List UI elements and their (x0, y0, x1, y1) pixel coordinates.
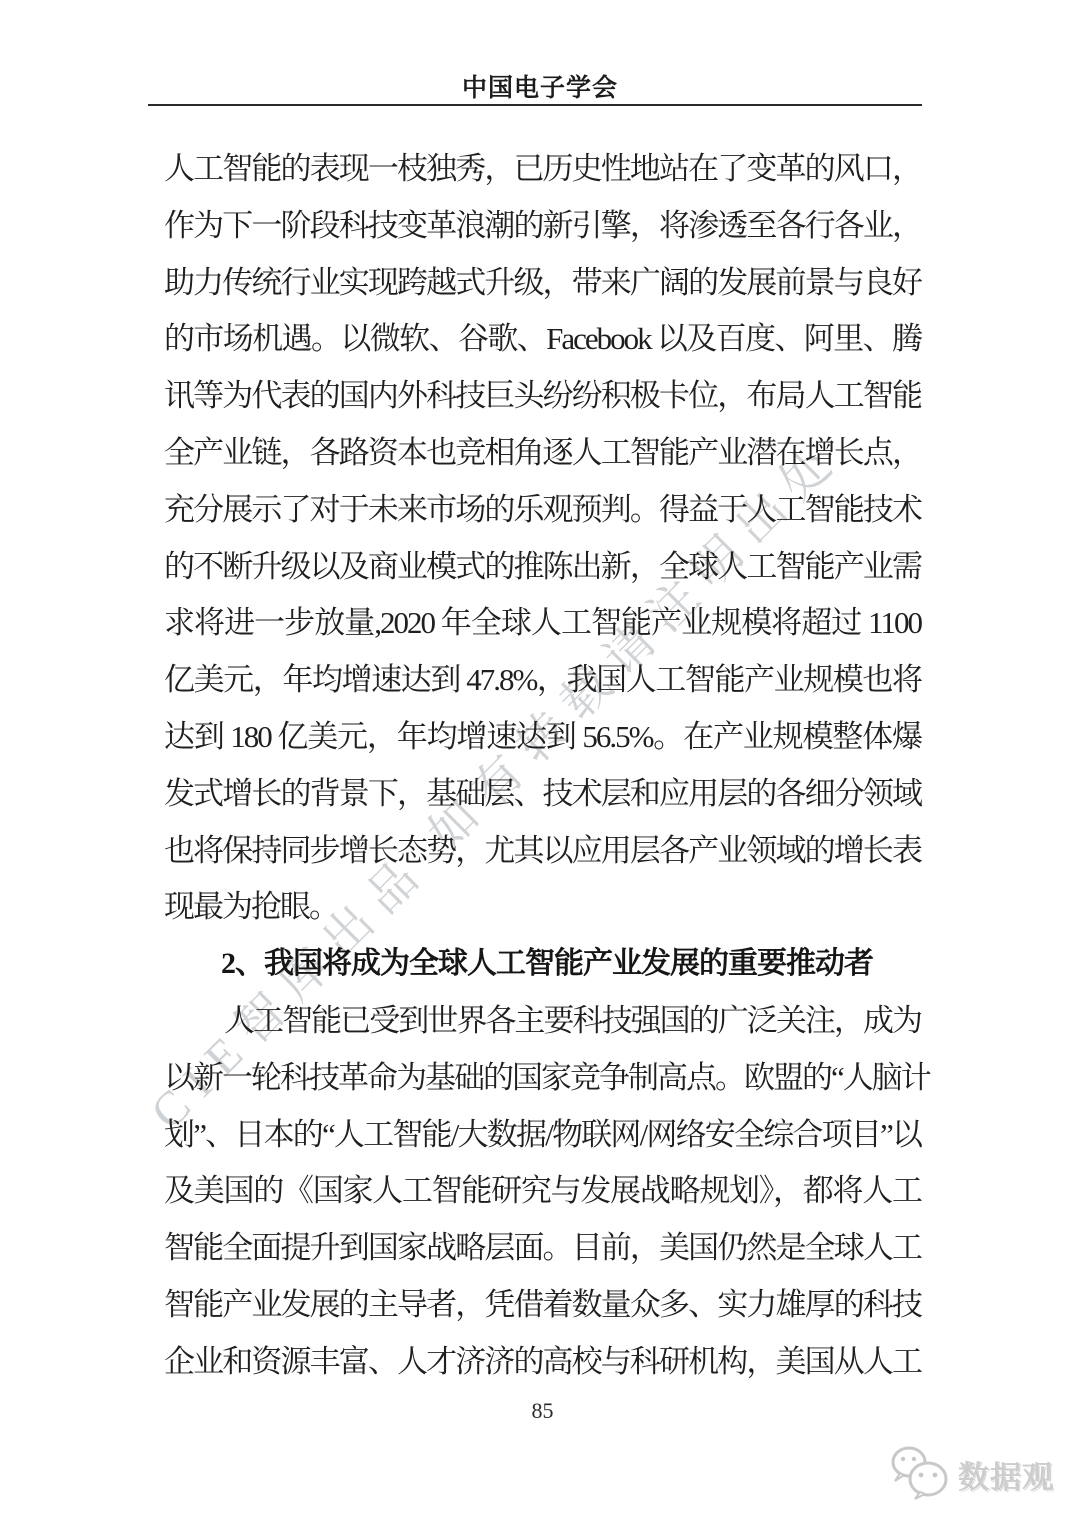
text-line: 现最为抢眼。 (164, 879, 921, 936)
page-header-title: 中国电子学会 (0, 68, 1080, 104)
text-line: 划”、日本的“人工智能/大数据/物联网/网络安全综合项目”以 (164, 1107, 921, 1164)
brand-name: 数据观 (958, 1452, 1054, 1497)
text-line: 达到 180 亿美元，年均增速达到 56.5%。在产业规模整体爆 (164, 709, 921, 766)
text-line: 以新一轮科技革命为基础的国家竞争制高点。欧盟的“人脑计 (164, 1050, 921, 1107)
paragraph-2: 人工智能已受到世界各主要科技强国的广泛关注，成为以新一轮科技革命为基础的国家竞争… (164, 993, 921, 1391)
text-line: 人工智能的表现一枝独秀，已历史性地站在了变革的风口， (164, 141, 921, 198)
chat-bubbles-icon (888, 1443, 952, 1506)
paragraph-1: 人工智能的表现一枝独秀，已历史性地站在了变革的风口，作为下一阶段科技变革浪潮的新… (164, 141, 921, 936)
text-line: 发式增长的背景下，基础层、技术层和应用层的各细分领域 (164, 766, 921, 823)
text-line: 求将进一步放量,2020 年全球人工智能产业规模将超过 1100 (164, 595, 921, 652)
text-line: 全产业链，各路资本也竞相角逐人工智能产业潜在增长点， (164, 425, 921, 482)
text-line: 讯等为代表的国内外科技巨头纷纷积极卡位，布局人工智能 (164, 368, 921, 425)
text-line: 也将保持同步增长态势，尤其以应用层各产业领域的增长表 (164, 823, 921, 880)
text-line: 充分展示了对于未来市场的乐观预判。得益于人工智能技术 (164, 482, 921, 539)
document-body: 人工智能的表现一枝独秀，已历史性地站在了变革的风口，作为下一阶段科技变革浪潮的新… (164, 141, 921, 1391)
text-line: 的不断升级以及商业模式的推陈出新，全球人工智能产业需 (164, 539, 921, 596)
brand-watermark: 数据观 (888, 1443, 1054, 1506)
section-heading: 2、我国将成为全球人工智能产业发展的重要推动者 (164, 936, 921, 993)
text-line: 的市场机遇。以微软、谷歌、Facebook 以及百度、阿里、腾 (164, 311, 921, 368)
text-line: 亿美元，年均增速达到 47.8%，我国人工智能产业规模也将 (164, 652, 921, 709)
document-page: 中国电子学会 CIE智库出品 如有转载请注明出处 人工智能的表现一枝独秀，已历史… (0, 0, 1080, 1526)
text-line: 智能产业发展的主导者，凭借着数量众多、实力雄厚的科技 (164, 1277, 921, 1334)
text-line: 企业和资源丰富、人才济济的高校与科研机构，美国从人工 (164, 1334, 921, 1391)
text-line: 智能全面提升到国家战略层面。目前，美国仍然是全球人工 (164, 1220, 921, 1277)
text-line: 人工智能已受到世界各主要科技强国的广泛关注，成为 (164, 993, 921, 1050)
text-line: 作为下一阶段科技变革浪潮的新引擎，将渗透至各行各业， (164, 198, 921, 255)
page-number: 85 (164, 1398, 921, 1424)
header-divider (148, 104, 922, 106)
text-line: 助力传统行业实现跨越式升级，带来广阔的发展前景与良好 (164, 255, 921, 312)
text-line: 及美国的《国家人工智能研究与发展战略规划》，都将人工 (164, 1163, 921, 1220)
